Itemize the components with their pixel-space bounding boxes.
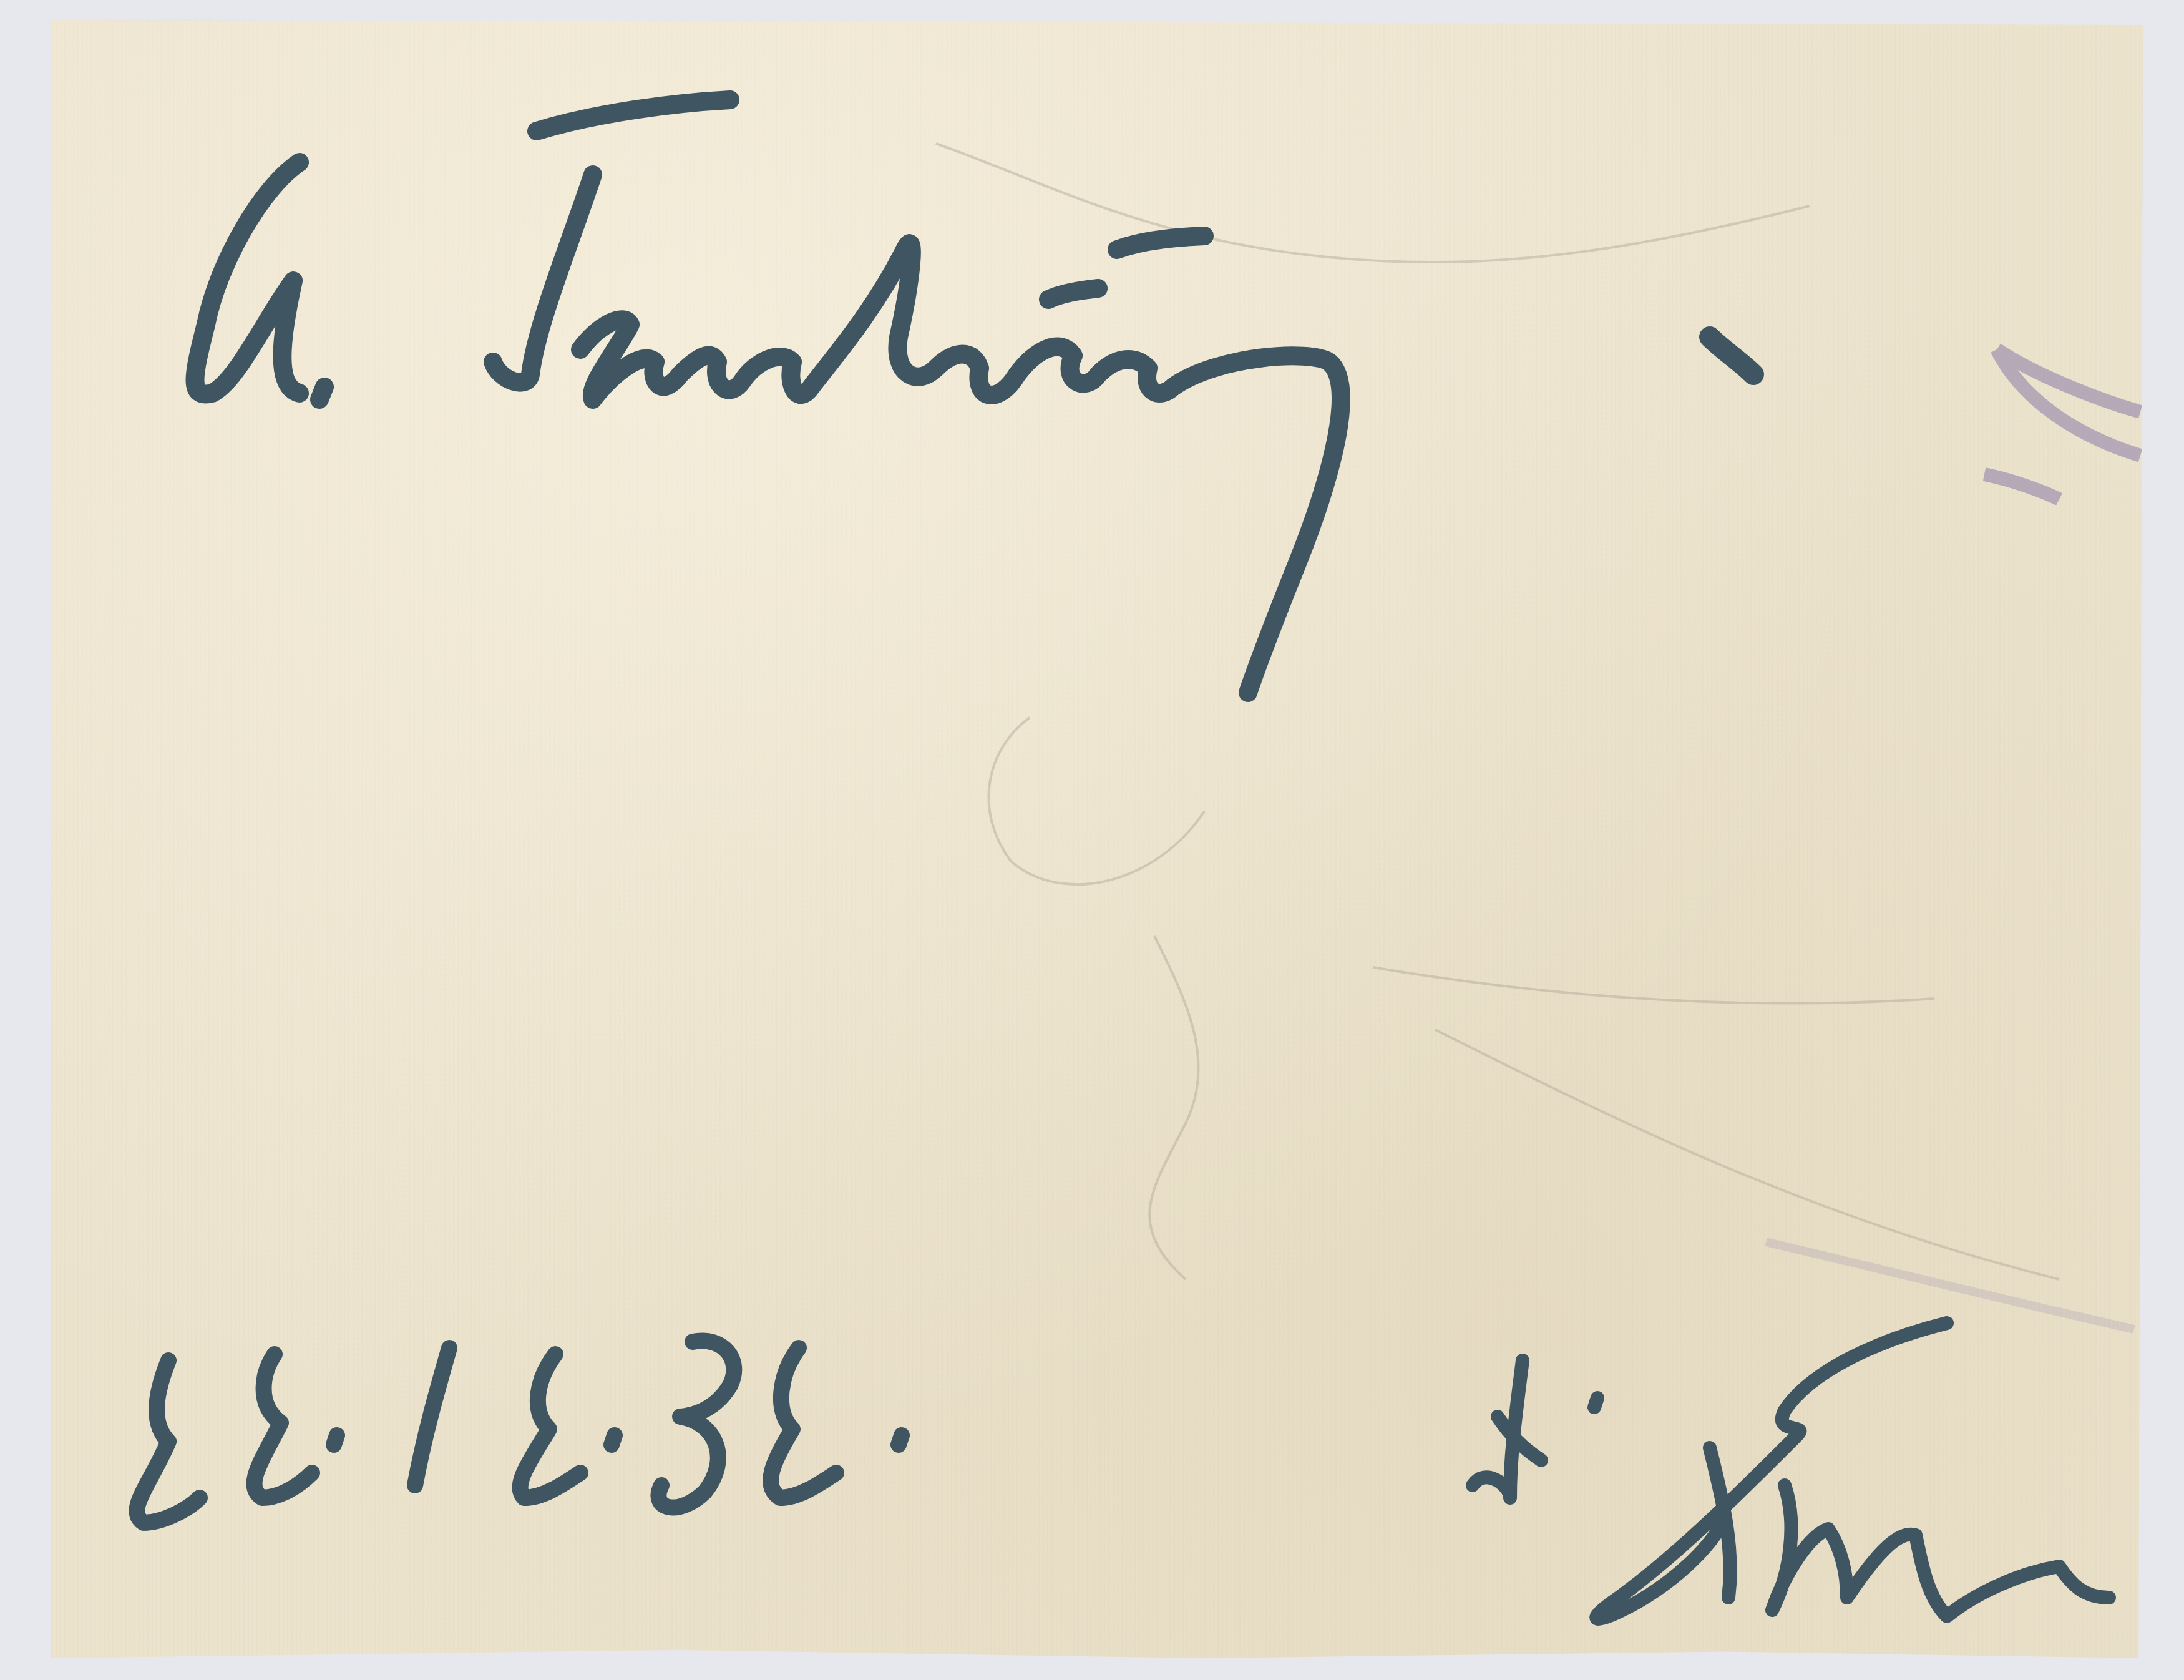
signature-main — [195, 100, 1754, 693]
handwriting-layer — [0, 0, 2184, 1680]
date-handwriting — [137, 1341, 902, 1523]
stamp-marks — [1766, 349, 2140, 1329]
signature-secondary — [1473, 1323, 2109, 1619]
pencil-sketch — [936, 144, 2059, 1279]
